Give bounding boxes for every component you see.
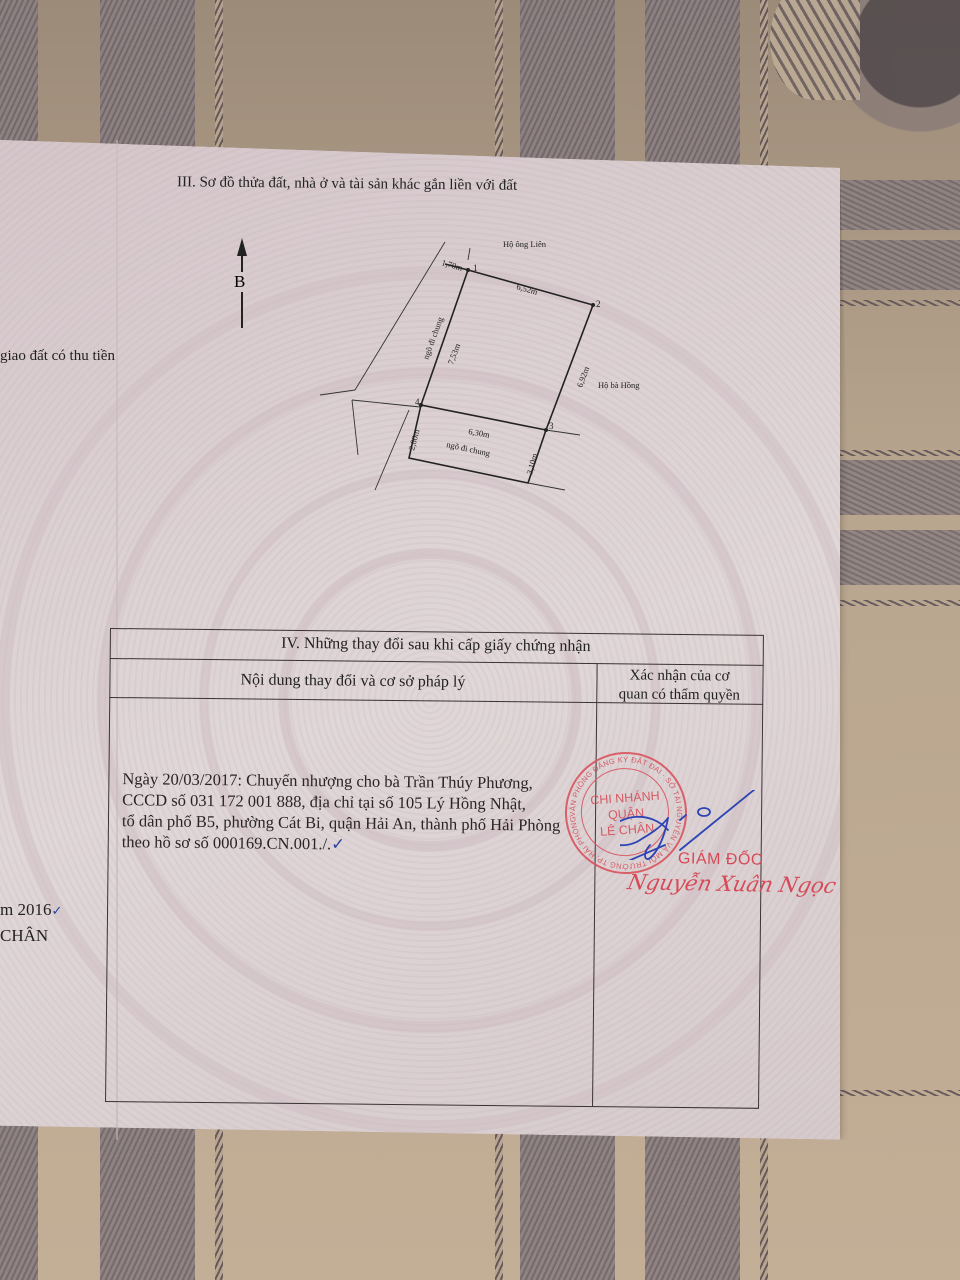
plot-diagram: 1 2 3 4 Hộ ông Liên Hộ bà Hồng 6,52m 1,7… — [320, 230, 680, 500]
handwritten-signature — [620, 790, 770, 860]
alley-left-south-label: 2,80m — [406, 428, 421, 452]
point-3-label: 3 — [549, 421, 554, 431]
column-header-confirmation-line1: Xác nhận của cơ — [597, 666, 761, 687]
fabric-stripe — [840, 460, 960, 515]
north-label: B — [233, 272, 246, 292]
fabric-stripe — [840, 600, 960, 606]
fabric-stripe — [840, 450, 960, 456]
table-row: Ngày 20/03/2017: Chuyển nhượng cho bà Tr… — [122, 768, 593, 857]
signer-title: GIÁM ĐỐC — [678, 850, 763, 869]
edge-1-2-label: 6,52m — [515, 281, 539, 297]
alley-right-south-label: 3,10m — [524, 452, 539, 476]
pen-check-mark: ✓ — [51, 903, 62, 918]
fabric-emblem — [800, 0, 960, 150]
fabric-stripe — [840, 240, 960, 290]
edge-2-3-label: 6,92m — [574, 365, 591, 389]
south-alley-label: ngõ đi chung — [446, 439, 492, 458]
entry-line-text: theo hồ sơ số 000169.CN.001./. — [122, 832, 332, 853]
left-page-date-fragment: m 2016✓ — [0, 900, 62, 920]
north-arrow-head — [237, 238, 247, 256]
section-3-title: III. Sơ đồ thửa đất, nhà ở và tài sản kh… — [177, 174, 517, 195]
left-page-signature-fragment: CHÂN — [0, 926, 48, 946]
edge-4-1-label: 7,53m — [445, 342, 462, 366]
column-header-confirmation: Xác nhận của cơ quan có thẩm quyền — [597, 666, 761, 706]
point-2-label: 2 — [596, 299, 601, 309]
fabric-stripe — [840, 180, 960, 230]
left-page-text-fragment: giao đất có thu tiền — [0, 348, 115, 365]
fabric-stripe — [840, 1090, 960, 1096]
point-4-label: 4 — [415, 397, 420, 407]
edge-3-4-label: 6,30m — [468, 426, 491, 440]
east-neighbor-label: Hộ bà Hồng — [598, 380, 640, 390]
fabric-stripe — [840, 300, 960, 306]
pen-check-mark: ✓ — [331, 834, 345, 853]
north-arrow-icon: B — [232, 238, 252, 330]
signer-name: Nguyễn Xuân Ngọc — [625, 870, 838, 898]
north-neighbor-label: Hộ ông Liên — [503, 239, 547, 249]
fabric-stripe — [840, 530, 960, 585]
point-1-label: 1 — [473, 263, 478, 273]
left-page-date-text: m 2016 — [0, 900, 51, 919]
west-alley-label: ngõ đi chung — [420, 315, 445, 361]
alley-width-top-label: 1,70m — [440, 257, 464, 273]
column-header-confirmation-line2: quan có thẩm quyền — [597, 685, 761, 706]
